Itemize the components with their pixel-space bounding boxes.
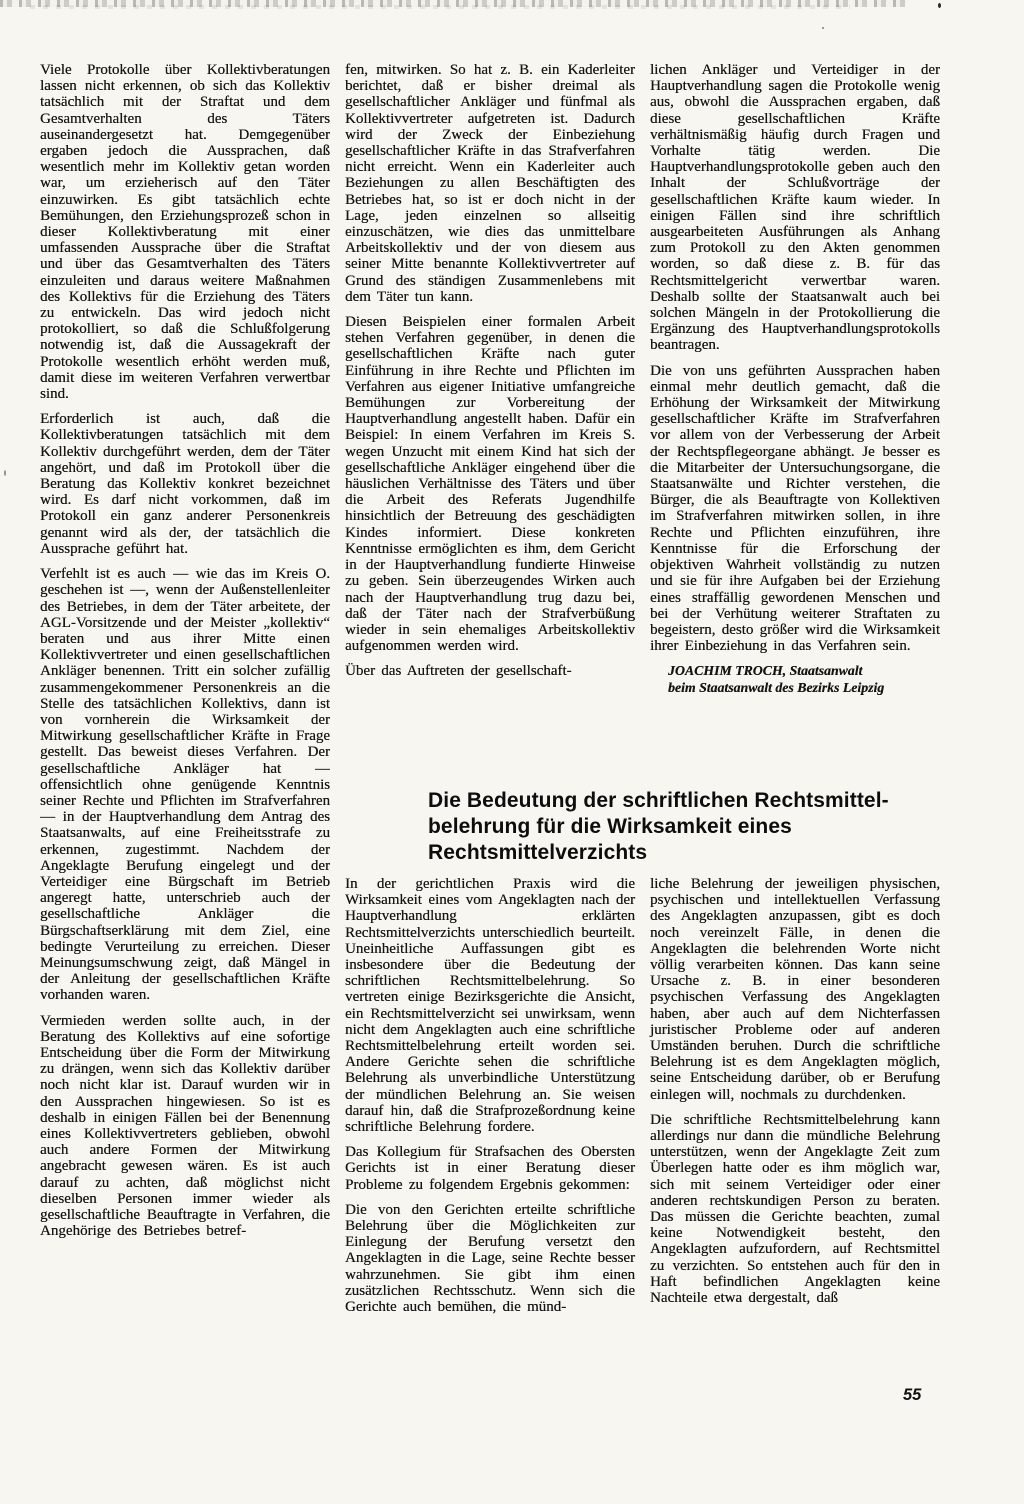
article2-columns: In der gerichtlichen Praxis wird die Wir…	[345, 876, 940, 1324]
paragraph: fen, mitwirken. So hat z. B. ein Kaderle…	[345, 62, 635, 305]
scan-edge-artifact-light	[30, 5, 850, 9]
article2-title-line: belehrung für die Wirksamkeit eines	[428, 814, 940, 840]
paragraph: Die schriftliche Rechtsmittelbelehrung k…	[650, 1112, 940, 1306]
article2-title: Die Bedeutung der schriftlichen Rechtsmi…	[428, 788, 940, 866]
article2-title-line: Rechtsmittelverzichts	[428, 840, 940, 866]
scan-speck	[938, 3, 941, 8]
article1-column-left: Viele Protokolle über Kollektivberatunge…	[40, 62, 330, 1324]
scan-speck	[4, 470, 6, 476]
paragraph: Die von uns geführten Aussprachen haben …	[650, 363, 940, 655]
paragraph: Erforderlich ist auch, daß die Kollektiv…	[40, 411, 330, 557]
article1-right-columns: fen, mitwirken. So hat z. B. ein Kaderle…	[345, 62, 940, 773]
paragraph: Über das Auftreten der gesellschaft-	[345, 663, 635, 679]
paragraph: lichen Ankläger und Verteidiger in der H…	[650, 62, 940, 354]
right-columns-wrap: fen, mitwirken. So hat z. B. ein Kaderle…	[345, 62, 940, 1324]
paragraph: In der gerichtlichen Praxis wird die Wir…	[345, 876, 635, 1135]
paragraph: Das Kollegium für Strafsachen des Oberst…	[345, 1144, 635, 1193]
author-signature: JOACHIM TROCH, Staatsanwalt beim Staatsa…	[668, 663, 940, 696]
article2-column-right: liche Belehrung der jeweiligen physische…	[650, 876, 940, 1324]
paragraph: liche Belehrung der jeweiligen physische…	[650, 876, 940, 1103]
paragraph: Verfehlt ist es auch — wie das im Kreis …	[40, 566, 330, 1003]
article1-column-middle: fen, mitwirken. So hat z. B. ein Kaderle…	[345, 62, 635, 773]
paragraph: Die von den Gerichten erteilte schriftli…	[345, 1202, 635, 1315]
scanned-journal-page: Viele Protokolle über Kollektivberatunge…	[0, 0, 1024, 1504]
paragraph: Viele Protokolle über Kollektivberatunge…	[40, 62, 330, 402]
paragraph: Diesen Beispielen einer formalen Arbeit …	[345, 314, 635, 654]
paragraph: Vermieden werden sollte auch, in der Ber…	[40, 1013, 330, 1240]
page-number: 55	[903, 1386, 921, 1405]
article1-column-right: lichen Ankläger und Verteidiger in der H…	[650, 62, 940, 773]
article2-title-line: Die Bedeutung der schriftlichen Rechtsmi…	[428, 788, 940, 814]
article1-column-right-text: lichen Ankläger und Verteidiger in der H…	[650, 62, 940, 654]
signature-name: JOACHIM TROCH, Staatsanwalt	[668, 663, 940, 680]
scan-speck	[822, 27, 824, 29]
page-content: Viele Protokolle über Kollektivberatunge…	[40, 62, 940, 1324]
signature-affiliation: beim Staatsanwalt des Bezirks Leipzig	[668, 680, 940, 697]
article2-column-left: In der gerichtlichen Praxis wird die Wir…	[345, 876, 635, 1324]
